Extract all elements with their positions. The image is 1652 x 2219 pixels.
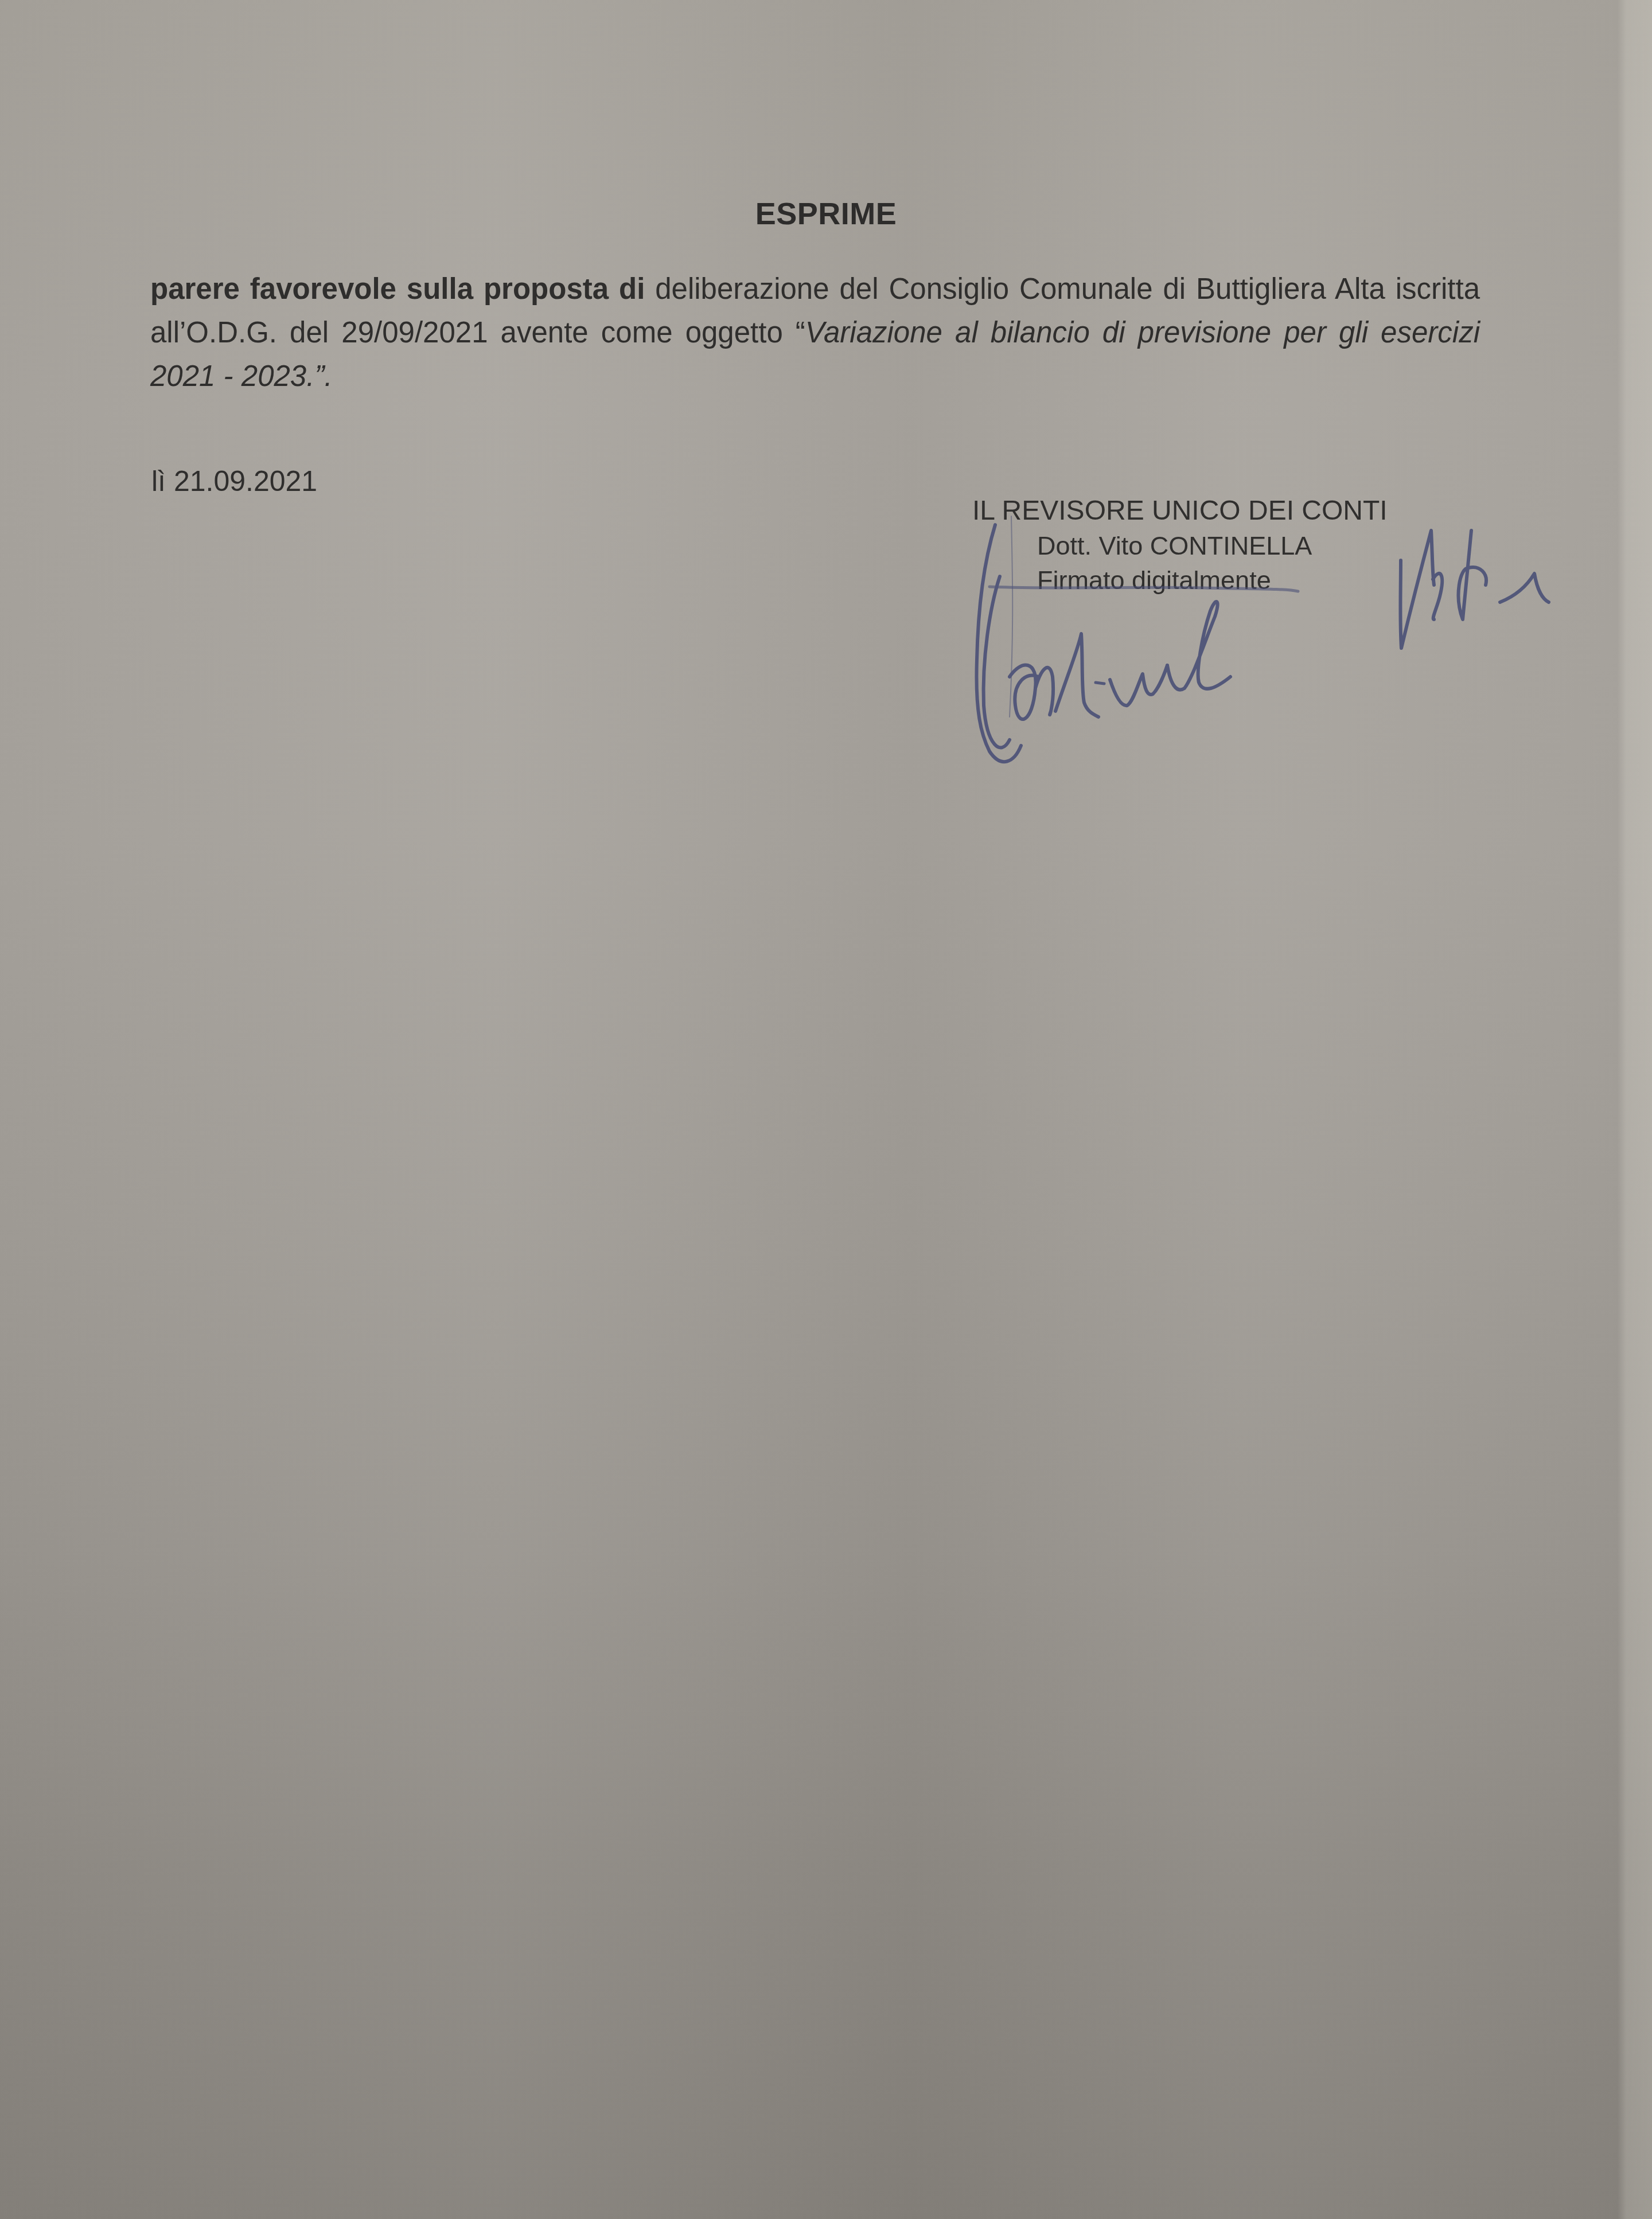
signature-block: IL REVISORE UNICO DEI CONTI Dott. Vito C…: [972, 493, 1388, 598]
paragraph-lead: parere favorevole sulla proposta di: [150, 272, 645, 305]
signatory-title: IL REVISORE UNICO DEI CONTI: [972, 493, 1388, 529]
paragraph-closing: ”.: [314, 360, 332, 392]
signatory-name: Dott. Vito CONTINELLA: [972, 529, 1388, 563]
opinion-paragraph: parere favorevole sulla proposta di deli…: [150, 267, 1480, 398]
signature-note: Firmato digitalmente: [972, 563, 1388, 598]
document-date: lì 21.09.2021: [151, 465, 317, 498]
heading-esprime: ESPRIME: [0, 196, 1652, 232]
document-page: ESPRIME parere favorevole sulla proposta…: [0, 0, 1652, 2219]
